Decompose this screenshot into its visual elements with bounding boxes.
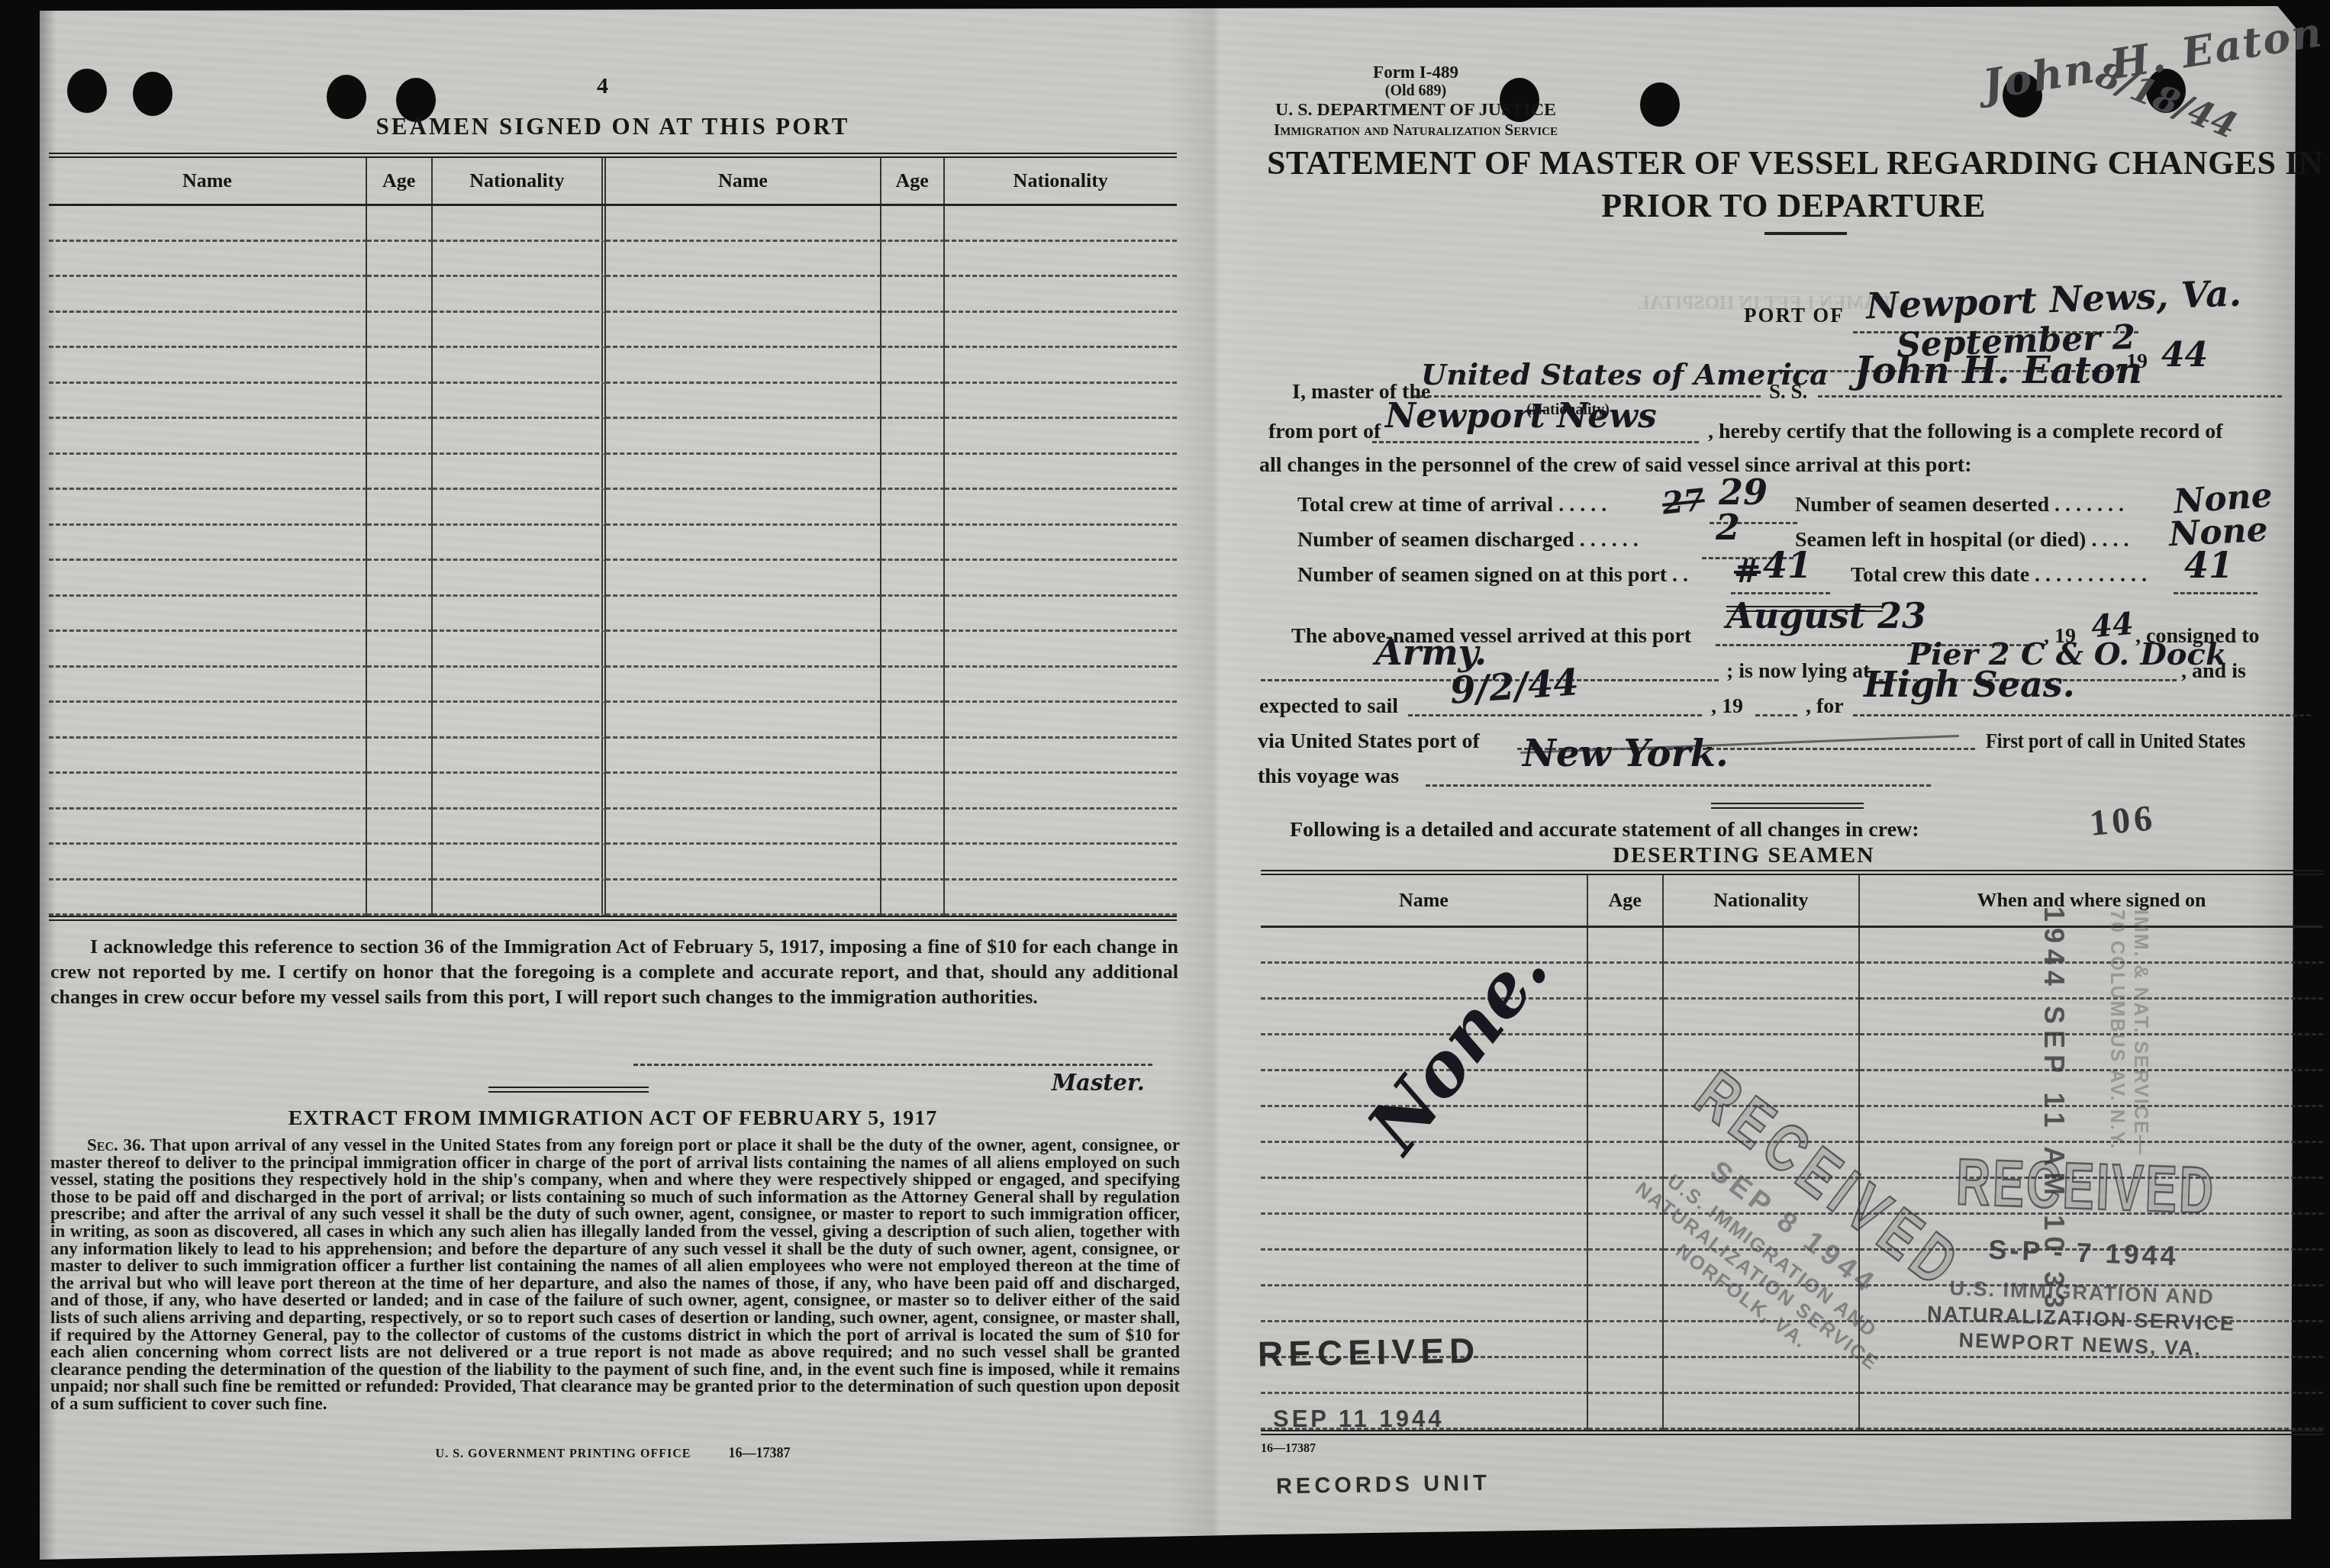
blank-cell [606,739,881,774]
blank-cell [606,348,881,384]
blank-cell [1588,964,1664,1000]
blank-cell [945,348,1177,384]
blank-cell [49,206,367,242]
blank-cell [945,739,1177,774]
column-header: Age [367,158,433,204]
blank-cell [433,739,607,774]
blank-cell [367,206,433,242]
blank-cell [945,313,1177,349]
blank-cell [433,597,607,633]
voyage-port-handwriting: New York. [1523,732,1729,775]
section-divider [488,1087,649,1093]
blank-cell [433,455,607,491]
received-stamp-text: RECEIVED [1942,1145,2230,1230]
blank-cell [1261,1251,1588,1286]
blank-cell [945,490,1177,526]
blank-cell [433,313,607,349]
stat-value-signed-on: 41 [1763,545,1812,586]
blank-row [49,561,1177,597]
blank-cell [881,526,945,562]
blank-cell [49,845,367,881]
blank-cell [606,313,881,349]
page-number: 4 [597,73,608,99]
blank-cell [945,774,1177,810]
blank-cell [881,845,945,881]
form-identification-block: Form I-489 (Old 689) U. S. DEPARTMENT OF… [1255,63,1576,140]
blank-cell [367,242,433,278]
blank-cell [49,668,367,704]
blank-cell [433,881,607,916]
blank-cell [1860,1035,2323,1071]
blank-cell [606,277,881,313]
blank-cell [606,845,881,881]
blank-cell [367,419,433,455]
left-table-title: SEAMEN SIGNED ON AT THIS PORT [49,113,1177,140]
blank-row [49,845,1177,881]
blank-cell [433,419,607,455]
blank-cell [367,739,433,774]
title-underline [1764,232,1847,235]
table-header-row: NameAgeNationalityNameAgeNationality [49,158,1177,206]
blank-cell [433,774,607,810]
blank-cell [49,810,367,845]
column-header: When and where signed on [1860,875,2323,926]
blank-cell [367,703,433,739]
blank-cell [606,668,881,704]
blank-cell [1860,928,2323,964]
vessel-name-handwriting: John H. Eaton [1855,349,2142,392]
blank-cell [367,277,433,313]
blank-cell [367,597,433,633]
blank-cell [1588,1286,1664,1322]
blank-cell [881,703,945,739]
punch-hole [67,69,107,113]
blank-cell [1860,964,2323,1000]
following-line: Following is a detailed and accurate sta… [1290,818,1919,842]
stat-struck-signed-on: # [1734,552,1761,590]
blank-cell [945,561,1177,597]
blank-cell [49,490,367,526]
blank-cell [606,242,881,278]
arrival-date-handwriting: August 23 [1726,595,1926,636]
ny-office-stamp: IMM. & NAT. SERVICE— 70 COLUMBUS AV. N.Y… [2105,910,2152,1155]
blank-cell [49,774,367,810]
voyage-label: this voyage was [1258,765,1399,789]
blank-cell [367,455,433,491]
blank-cell [49,348,367,384]
department-name: U. S. DEPARTMENT OF JUSTICE [1255,100,1576,121]
blank-cell [433,632,607,668]
stat-value-discharged: 2 [1716,507,1740,548]
extract-paragraph: Sec. 36. That upon arrival of any vessel… [50,1137,1180,1413]
column-header: Nationality [1664,875,1861,926]
blank-cell [881,597,945,633]
consignee-handwriting: Army. [1375,632,1487,673]
blank-cell [367,490,433,526]
blank-cell [881,668,945,704]
stat-label-deserted: Number of seamen deserted . . . . . . . [1795,493,2124,517]
blank-cell [881,739,945,774]
blank-cell [49,313,367,349]
form-title-line1: STATEMENT OF MASTER OF VESSEL REGARDING … [1267,143,2320,182]
blank-cell [606,810,881,845]
blank-cell [1261,1179,1588,1215]
blank-cell [367,632,433,668]
blank-row [49,419,1177,455]
blank-cell [367,348,433,384]
blank-cell [1860,1000,2323,1035]
blank-row [49,206,1177,242]
column-header: Nationality [433,158,607,204]
stat-label-discharged: Number of seamen discharged . . . . . . [1297,528,1639,552]
blank-cell [606,597,881,633]
voyage-double-rule [1711,803,1864,809]
for-label: , for [1806,694,1844,719]
nationality-handwriting: United States of America [1421,357,1829,391]
column-header: Age [1588,875,1664,926]
blank-cell [433,277,607,313]
from-port-lead: from port of [1268,420,1381,444]
blank-cell [1664,1394,1861,1430]
sail-year-blank-line [1755,714,1797,716]
column-header: Name [606,158,881,204]
seamen-signed-on-table: NameAgeNationalityNameAgeNationality [49,153,1177,921]
blank-row [49,348,1177,384]
destination-blank-line [1853,714,2311,716]
punch-hole [1640,82,1680,127]
blank-cell [945,703,1177,739]
blank-cell [606,703,881,739]
blank-cell [945,419,1177,455]
blank-cell [881,810,945,845]
blank-cell [367,384,433,420]
blank-cell [606,561,881,597]
blank-cell [945,668,1177,704]
blank-cell [367,668,433,704]
blank-cell [367,845,433,881]
blank-cell [945,632,1177,668]
blank-row [49,526,1177,562]
blank-cell [606,632,881,668]
blank-cell [49,561,367,597]
stat-label-total-arrival: Total crew at time of arrival . . . . . [1297,493,1607,517]
blank-cell [606,419,881,455]
column-header: Nationality [945,158,1177,204]
blank-cell [945,242,1177,278]
port-label: PORT OF [1744,304,1845,327]
stat-value-total-date: 41 [2184,545,2233,586]
blank-cell [433,526,607,562]
blank-cell [1588,1322,1664,1358]
extract-body: That upon arrival of any vessel in the U… [50,1135,1180,1413]
ny-office-line: 70 COLUMBUS AV. N.Y. [2105,910,2129,1155]
blank-row [49,703,1177,739]
blank-cell [945,384,1177,420]
stat-blank-line [2174,592,2257,594]
received-stamp-date: S-P - 7 1944 [1884,1230,2282,1276]
blank-cell [433,810,607,845]
blank-cell [367,561,433,597]
blank-cell [606,455,881,491]
blank-cell [367,526,433,562]
blank-cell [367,810,433,845]
scanned-document: 4 SEAMEN SIGNED ON AT THIS PORT NameAgeN… [0,0,2330,1568]
blank-cell [1588,1394,1664,1430]
printing-office-label: U. S. GOVERNMENT PRINTING OFFICE [436,1447,691,1460]
via-port-label: via United States port of [1258,729,1480,754]
certify-tail: , hereby certify that the following is a… [1708,420,2223,444]
form-title-line2: PRIOR TO DEPARTURE [1267,186,2320,225]
blank-cell [881,561,945,597]
blank-cell [606,526,881,562]
punch-hole [133,72,172,116]
received-stamp-records: RECEIVED [1258,1329,1481,1374]
blank-cell [945,277,1177,313]
blank-cell [1588,928,1664,964]
ss-label: S. S. [1769,380,1807,404]
blank-cell [881,348,945,384]
destination-handwriting: High Seas. [1864,664,2075,705]
blank-cell [433,242,607,278]
blank-cell [49,242,367,278]
plate-number: 16—17387 [1261,1442,1316,1456]
blank-row [49,881,1177,916]
blank-cell [881,313,945,349]
blank-cell [49,526,367,562]
blank-cell [1664,964,1861,1000]
blank-cell [1261,1286,1588,1322]
blank-cell [606,206,881,242]
blank-cell [49,739,367,774]
blank-row [49,277,1177,313]
blank-cell [433,703,607,739]
blank-cell [881,881,945,916]
blank-row [49,774,1177,810]
blank-cell [367,313,433,349]
blank-cell [945,597,1177,633]
blank-cell [945,526,1177,562]
ny-office-line: IMM. & NAT. SERVICE— [2129,910,2152,1155]
service-name: Immigration and Naturalization Service [1255,121,1576,140]
stat-struck-total-arrival: 27 [1661,481,1706,522]
blank-cell [945,881,1177,916]
voyage-blank-line [1426,784,1931,787]
lying-at-label: ; is now lying at [1726,659,1870,684]
stat-blank-line [1731,592,1830,594]
extract-title: EXTRACT FROM IMMIGRATION ACT OF FEBRUARY… [49,1106,1177,1131]
blank-cell [49,419,367,455]
certify-line2: all changes in the personnel of the crew… [1259,453,1972,478]
blank-cell [49,384,367,420]
blank-row [49,455,1177,491]
blank-cell [1261,1215,1588,1251]
blank-row [1261,964,2323,1000]
blank-cell [49,455,367,491]
blank-cell [945,810,1177,845]
blank-cell [433,490,607,526]
blank-cell [945,206,1177,242]
vessel-blank-line [1818,395,2282,398]
arrival-line1-printed: The above-named vessel arrived at this p… [1291,624,1691,649]
master-signature-caption: Master. [1052,1070,1145,1096]
blank-cell [49,277,367,313]
table-header-row: NameAgeNationalityWhen and where signed … [1261,875,2323,928]
blank-cell [881,206,945,242]
blank-cell [606,774,881,810]
sail-date-blank-line [1408,714,1702,716]
form-number-old: (Old 689) [1255,82,1576,100]
deserting-seamen-title: DESERTING SEAMEN [1477,842,2011,868]
expected-sail-label: expected to sail [1259,694,1398,719]
blank-cell [433,845,607,881]
form-number: Form I-489 [1255,63,1576,82]
column-header: Age [881,158,945,204]
blank-cell [433,348,607,384]
stat-label-signed-on: Number of seamen signed on at this port … [1297,563,1688,588]
blank-cell [881,384,945,420]
blank-row [49,242,1177,278]
blank-row [49,313,1177,349]
blank-row [49,597,1177,633]
blank-cell [606,384,881,420]
blank-cell [49,597,367,633]
received-stamp-records-date: SEP 11 1944 [1273,1405,1444,1433]
blank-cell [433,561,607,597]
blank-cell [1588,1251,1664,1286]
blank-cell [49,632,367,668]
blank-cell [881,632,945,668]
blank-cell [881,774,945,810]
blank-cell [945,455,1177,491]
blank-cell [1664,928,1861,964]
blank-row [49,739,1177,774]
from-port-handwriting: Newport News [1385,397,1657,436]
first-port-label: First port of call in United States [1986,729,2245,753]
blank-row [49,632,1177,668]
blank-cell [606,490,881,526]
master-signature-line [633,1064,1152,1066]
page-number-stamp: 106 [2088,797,2158,844]
stat-label-hospital: Seamen left in hospital (or died) . . . … [1795,528,2129,552]
blank-cell [1261,928,1588,964]
plate-number: 16—17387 [728,1445,790,1460]
section-label: Sec. 36. [87,1135,145,1154]
blank-cell [1860,1071,2323,1107]
blank-cell [881,419,945,455]
blank-cell [49,703,367,739]
received-stamp-newport: RECEIVED S-P - 7 1944 U.S. IMMIGRATION A… [1881,1142,2285,1364]
blank-cell [881,242,945,278]
stat-label-total-date: Total crew this date . . . . . . . . . .… [1851,563,2147,588]
blank-cell [1860,1107,2323,1143]
acknowledgment-paragraph: I acknowledge this reference to section … [50,934,1178,1009]
blank-cell [433,668,607,704]
sail-year-label: , 19 [1711,694,1743,719]
blank-cell [367,881,433,916]
column-header: Name [1261,875,1588,926]
time-clock-stamp: 1944 SEP 11 AM 10 33 [2038,906,2070,1314]
blank-cell [606,881,881,916]
blank-cell [1588,1358,1664,1394]
from-port-blank-line [1372,441,1699,443]
gpo-footer: U. S. GOVERNMENT PRINTING OFFICE 16—1738… [49,1445,1177,1461]
blank-cell [367,774,433,810]
blank-cell [945,845,1177,881]
blank-cell [433,206,607,242]
blank-cell [881,490,945,526]
blank-row [49,490,1177,526]
column-header: Name [49,158,367,204]
blank-row [49,668,1177,704]
date-year-handwriting: 44 [2161,336,2208,375]
and-is-label: , and is [2181,659,2246,684]
blank-cell [433,384,607,420]
blank-row [1261,928,2323,964]
sail-date-handwriting: 9/2/44 [1449,661,1580,713]
blank-row [49,810,1177,845]
blank-row [49,384,1177,420]
blank-cell [49,881,367,916]
records-unit-stamp: RECORDS UNIT [1276,1471,1490,1500]
blank-cell [881,455,945,491]
blank-cell [881,277,945,313]
